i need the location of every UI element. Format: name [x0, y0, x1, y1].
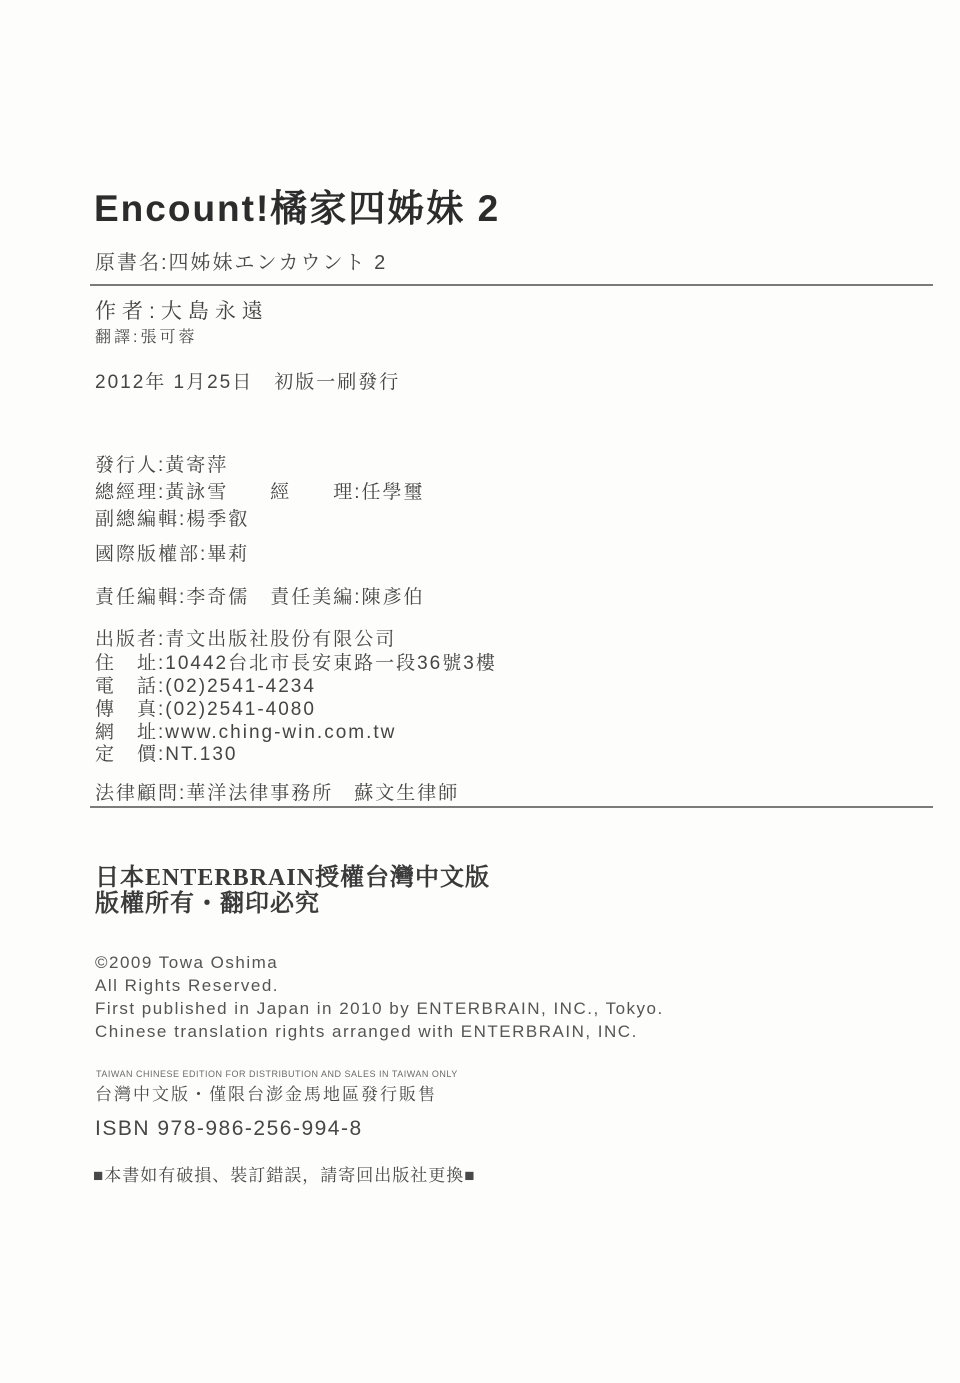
- divider-top: [90, 284, 933, 286]
- legal-advisor-line: 法律顧問:華洋法律事務所 蘇文生律師: [95, 778, 459, 805]
- editors-line: 責任編輯:李奇儒 責任美編:陳彥伯: [95, 582, 425, 609]
- taiwan-notice-chinese: 台灣中文版・僅限台澎金馬地區發行販售: [95, 1080, 437, 1105]
- edition-date-line: 2012年 1月25日 初版一刷發行: [95, 367, 400, 394]
- isbn-line: ISBN 978-986-256-994-8: [95, 1117, 363, 1141]
- publisher-person-line: 發行人:黃寄萍: [95, 450, 228, 477]
- original-title-line: 原書名:四姊妹エンカウント 2: [95, 246, 387, 275]
- taiwan-notice-english: TAIWAN CHINESE EDITION FOR DISTRIBUTION …: [96, 1069, 458, 1079]
- publisher-company-line: 出版者:青文出版社股份有限公司: [95, 624, 396, 651]
- copyright-line3: First published in Japan in 2010 by ENTE…: [95, 999, 664, 1019]
- book-title: Encount!橘家四姊妹 2: [94, 178, 500, 232]
- translator-line: 翻譯:張可蓉: [95, 324, 197, 347]
- price-line: 定 價:NT.130: [95, 739, 237, 766]
- deputy-editor-line: 副總編輯:楊季叡: [95, 504, 249, 531]
- author-line: 作者:大島永遠: [95, 295, 269, 325]
- colophon-page: Encount!橘家四姊妹 2 原書名:四姊妹エンカウント 2 作者:大島永遠 …: [0, 0, 960, 1383]
- divider-middle: [90, 806, 933, 808]
- copyright-line2: All Rights Reserved.: [95, 976, 279, 996]
- copyright-line4: Chinese translation rights arranged with…: [95, 1022, 638, 1042]
- damage-return-notice: ■本書如有破損、裝訂錯誤，請寄回出版社更換■: [93, 1161, 476, 1186]
- license-statement-line2: 版權所有・翻印必究: [95, 883, 320, 918]
- copyright-line1: ©2009 Towa Oshima: [95, 953, 278, 973]
- intl-rights-line: 國際版權部:畢莉: [95, 539, 249, 566]
- managers-line: 總經理:黃詠雪 經 理:任學璽: [95, 477, 425, 504]
